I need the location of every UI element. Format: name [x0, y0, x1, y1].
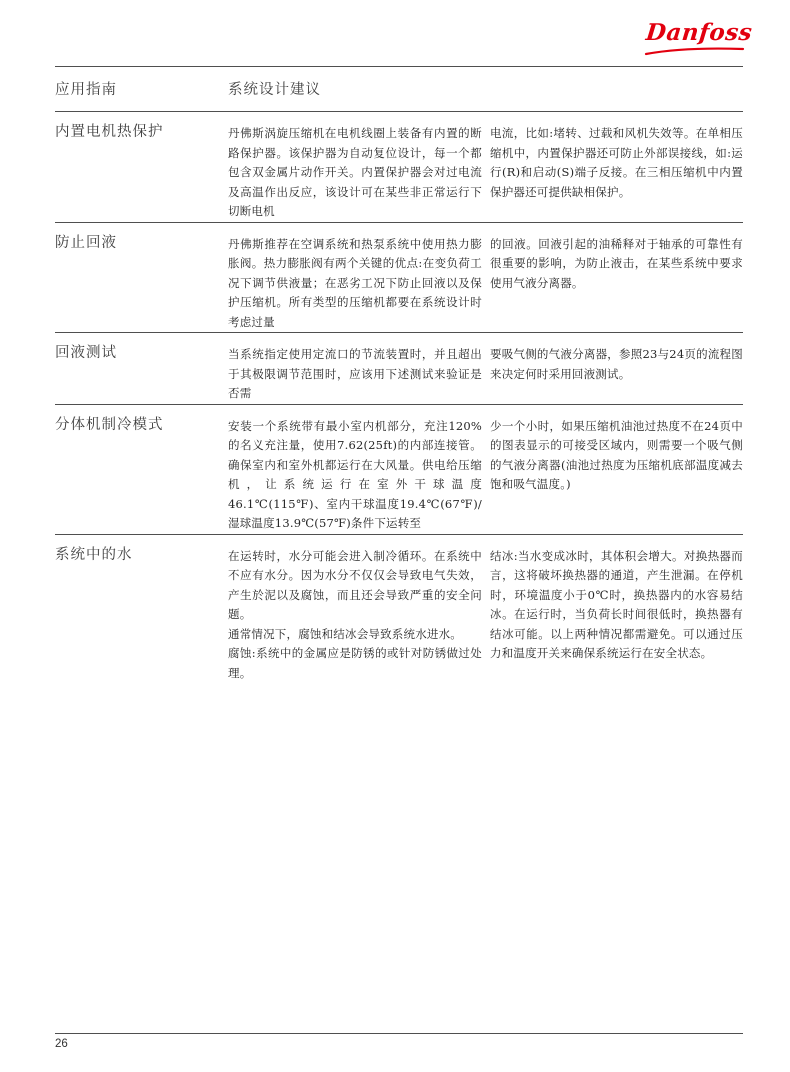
section-water-in-system: 系统中的水 在运转时，水分可能会进入制冷循环。在系统中不应有水分。因为水分不仅仅…	[55, 535, 743, 684]
section-body-col1: 在运转时，水分可能会进入制冷循环。在系统中不应有水分。因为水分不仅仅会导致电气失…	[228, 547, 482, 684]
section-body-col1: 丹佛斯推荐在空调系统和热泵系统中使用热力膨胀阀。热力膨胀阀有两个关键的优点:在变…	[228, 235, 482, 333]
section-body-col2: 电流，比如:堵转、过载和风机失效等。在单相压缩机中，内置保护器还可防止外部误接线…	[490, 124, 743, 222]
section-title: 分体机制冷模式	[55, 417, 228, 534]
section-body-col1: 丹佛斯涡旋压缩机在电机线圈上装备有内置的断路保护器。该保护器为自动复位设计，每一…	[228, 124, 482, 222]
section-body-col2: 少一个小时，如果压缩机油池过热度不在24页中的图表显示的可接受区域内，则需要一个…	[490, 417, 743, 534]
section-body-col2: 的回液。回液引起的油稀释对于轴承的可靠性有很重要的影响，为防止液击，在某些系统中…	[490, 235, 743, 333]
section-split-cooling-mode: 分体机制冷模式 安装一个系统带有最小室内机部分，充注120%的名义充注量，使用7…	[55, 405, 743, 535]
section-body-col1: 安装一个系统带有最小室内机部分，充注120%的名义充注量，使用7.62(25ft…	[228, 417, 482, 534]
header-row: 应用指南 系统设计建议	[55, 67, 743, 111]
section-body-col1: 当系统指定使用定流口的节流装置时，并且超出于其极限调节范围时，应该用下述测试来验…	[228, 345, 482, 404]
section-motor-protection: 内置电机热保护 丹佛斯涡旋压缩机在电机线圈上装备有内置的断路保护器。该保护器为自…	[55, 112, 743, 223]
section-liquid-floodback-prevention: 防止回液 丹佛斯推荐在空调系统和热泵系统中使用热力膨胀阀。热力膨胀阀有两个关键的…	[55, 223, 743, 334]
document-page: Danfoss 应用指南 系统设计建议 内置电机热保护 丹佛斯涡旋压缩机在电机线…	[0, 0, 790, 1072]
page-footer: 26	[55, 1033, 743, 1072]
section-title: 回液测试	[55, 345, 228, 404]
section-body-col2: 结冰:当水变成冰时，其体积会增大。对换热器而言，这将破坏换热器的通道，产生泄漏。…	[490, 547, 743, 684]
section-body-col2: 要吸气侧的气液分离器，参照23与24页的流程图来决定何时采用回液测试。	[490, 345, 743, 404]
page-number: 26	[55, 1034, 68, 1050]
section-title: 防止回液	[55, 235, 228, 333]
page-title: 系统设计建议	[228, 78, 482, 99]
section-title: 系统中的水	[55, 547, 228, 684]
guide-title: 应用指南	[55, 78, 228, 99]
page-content: 应用指南 系统设计建议 内置电机热保护 丹佛斯涡旋压缩机在电机线圈上装备有内置的…	[55, 0, 743, 683]
section-title: 内置电机热保护	[55, 124, 228, 222]
section-floodback-test: 回液测试 当系统指定使用定流口的节流装置时，并且超出于其极限调节范围时，应该用下…	[55, 333, 743, 405]
